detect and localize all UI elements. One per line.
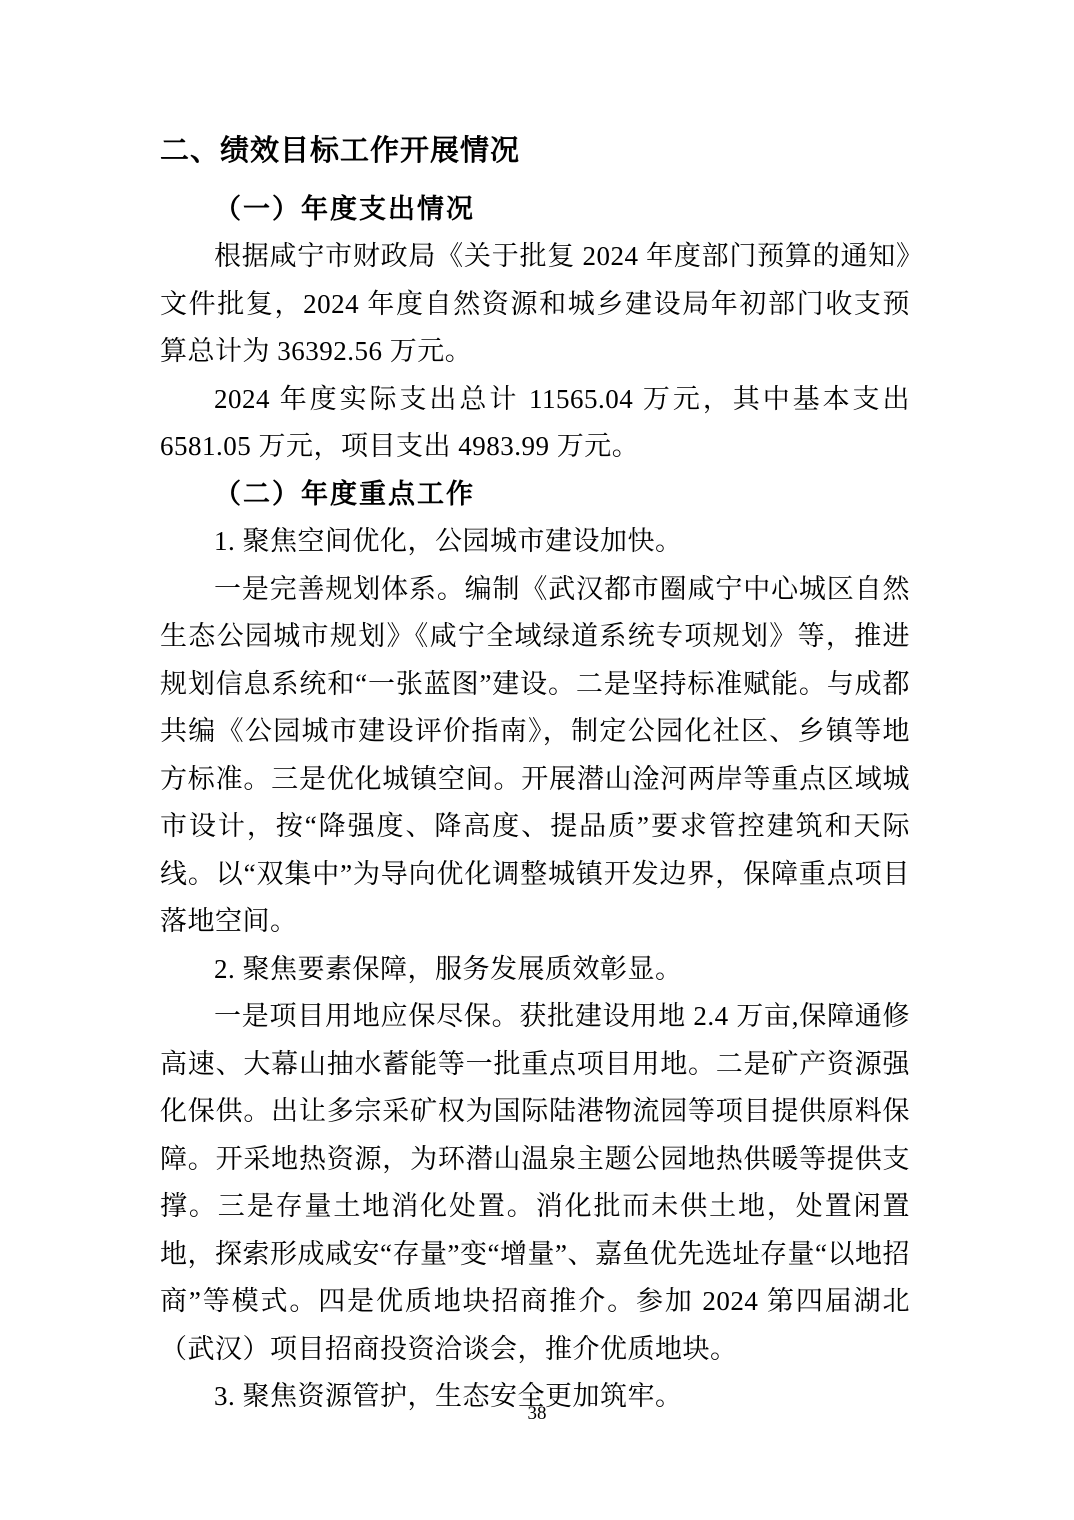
paragraph-key-work-item-2: 2. 聚焦要素保障，服务发展质效彰显。 bbox=[160, 946, 910, 994]
paragraph-actual-expenditure: 2024 年度实际支出总计 11565.04 万元，其中基本支出 6581.05… bbox=[160, 376, 910, 471]
subheading-annual-expenditure: （一）年度支出情况 bbox=[160, 186, 910, 234]
subheading-annual-key-work: （二）年度重点工作 bbox=[160, 471, 910, 519]
document-page: 二、绩效目标工作开展情况 （一）年度支出情况 根据咸宁市财政局《关于批复 202… bbox=[0, 0, 1074, 1520]
paragraph-key-work-item-2-detail: 一是项目用地应保尽保。获批建设用地 2.4 万亩,保障通修高速、大幕山抽水蓄能等… bbox=[160, 993, 910, 1373]
page-number: 38 bbox=[0, 1402, 1074, 1426]
paragraph-budget-approval: 根据咸宁市财政局《关于批复 2024 年度部门预算的通知》文件批复，2024 年… bbox=[160, 233, 910, 376]
paragraph-key-work-item-1: 1. 聚焦空间优化，公园城市建设加快。 bbox=[160, 518, 910, 566]
paragraph-key-work-item-1-detail: 一是完善规划体系。编制《武汉都市圈咸宁中心城区自然生态公园城市规划》《咸宁全域绿… bbox=[160, 566, 910, 946]
main-heading: 二、绩效目标工作开展情况 bbox=[160, 128, 910, 176]
